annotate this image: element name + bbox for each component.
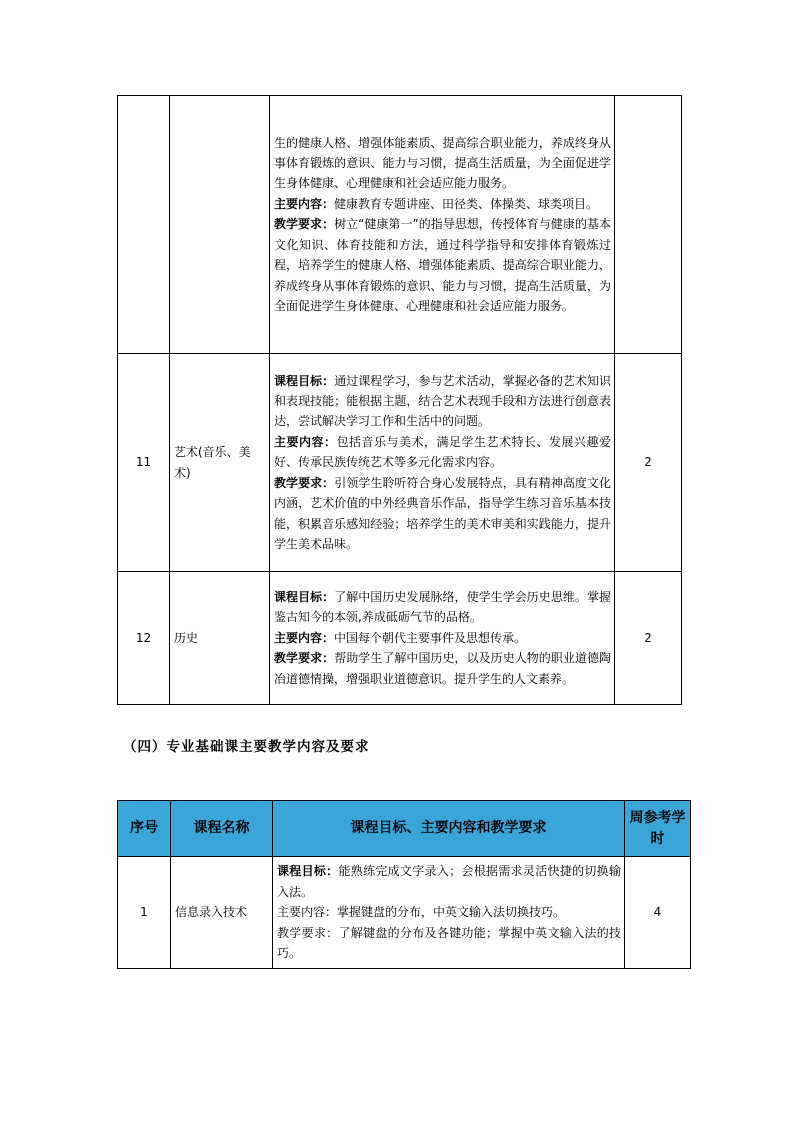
- table-row: 1 信息录入技术 课程目标：能熟练完成文字录入；会根据需求灵活快捷的切换输入法。…: [118, 857, 691, 969]
- description-paragraph: 主要内容：包括音乐与美术，满足学生艺术特长、发展兴趣爱好、传承民族传统艺术等多元…: [274, 432, 611, 473]
- weekly-hours: 2: [615, 354, 682, 572]
- header-number: 序号: [118, 801, 171, 857]
- content-label: 主要内容：: [274, 197, 334, 211]
- course-number: 11: [118, 354, 170, 572]
- course-name: [170, 96, 270, 354]
- description-paragraph: 教学要求：帮助学生了解中国历史，以及历史人物的职业道德陶冶道德情操，增强职业道德…: [274, 648, 611, 689]
- goal-label: 课程目标：: [274, 590, 334, 604]
- goal-label: 课程目标：: [274, 374, 334, 388]
- description-paragraph: 主要内容：健康教育专题讲座、田径类、体操类、球类项目。: [274, 194, 611, 214]
- course-name: 信息录入技术: [171, 857, 273, 969]
- content-label: 主要内容：: [274, 631, 334, 645]
- table-row: 11 艺术(音乐、美术) 课程目标：通过课程学习，参与艺术活动，掌握必备的艺术知…: [118, 354, 682, 572]
- course-name: 艺术(音乐、美术): [170, 354, 270, 572]
- table-row: 12 历史 课程目标：了解中国历史发展脉络，使学生学会历史思维。掌握鉴古知今的本…: [118, 572, 682, 705]
- header-course-name: 课程名称: [171, 801, 273, 857]
- description-paragraph: 课程目标：通过课程学习，参与艺术活动，掌握必备的艺术知识和表现技能；能根据主题，…: [274, 371, 611, 432]
- description-paragraph: 课程目标：了解中国历史发展脉络，使学生学会历史思维。掌握鉴古知今的本领,养成砥砺…: [274, 587, 611, 628]
- course-description: 生的健康人格、增强体能素质、提高综合职业能力，养成终身从事体育锻炼的意识、能力与…: [270, 96, 615, 354]
- description-paragraph: 主要内容：掌握键盘的分布，中英文输入法切换技巧。: [277, 902, 621, 922]
- description-paragraph: 教学要求：引领学生聆听符合身心发展特点，具有精神高度文化内涵，艺术价值的中外经典…: [274, 473, 611, 555]
- description-paragraph: 主要内容：中国每个朝代主要事件及思想传承。: [274, 628, 611, 648]
- course-table-general: 生的健康人格、增强体能素质、提高综合职业能力，养成终身从事体育锻炼的意识、能力与…: [117, 95, 682, 705]
- course-number: 12: [118, 572, 170, 705]
- course-description: 课程目标：能熟练完成文字录入；会根据需求灵活快捷的切换输入法。 主要内容：掌握键…: [273, 857, 625, 969]
- course-name: 历史: [170, 572, 270, 705]
- weekly-hours: 2: [615, 572, 682, 705]
- course-description: 课程目标：了解中国历史发展脉络，使学生学会历史思维。掌握鉴古知今的本领,养成砥砺…: [270, 572, 615, 705]
- header-description: 课程目标、主要内容和教学要求: [273, 801, 625, 857]
- requirement-label: 教学要求：: [274, 476, 334, 490]
- description-paragraph: 教学要求：树立“健康第一”的指导思想，传授体育与健康的基本文化知识、体育技能和方…: [274, 214, 611, 316]
- content-label: 主要内容：: [274, 435, 337, 449]
- description-paragraph: 课程目标：能熟练完成文字录入；会根据需求灵活快捷的切换输入法。: [277, 861, 621, 902]
- course-description: 课程目标：通过课程学习，参与艺术活动，掌握必备的艺术知识和表现技能；能根据主题，…: [270, 354, 615, 572]
- goal-label: 课程目标：: [277, 864, 338, 878]
- description-paragraph: 教学要求：了解键盘的分布及各键功能；掌握中英文输入法的技巧。: [277, 923, 621, 964]
- weekly-hours: 4: [625, 857, 691, 969]
- section-heading: （四）专业基础课主要教学内容及要求: [123, 735, 370, 755]
- weekly-hours: [615, 96, 682, 354]
- course-table-professional-basics: 序号 课程名称 课程目标、主要内容和教学要求 周参考学时 1 信息录入技术 课程…: [117, 800, 691, 969]
- table-header-row: 序号 课程名称 课程目标、主要内容和教学要求 周参考学时: [118, 801, 691, 857]
- requirement-label: 教学要求：: [274, 217, 334, 231]
- course-number: [118, 96, 170, 354]
- header-weekly-hours: 周参考学时: [625, 801, 691, 857]
- requirement-label: 教学要求：: [274, 651, 334, 665]
- course-number: 1: [118, 857, 171, 969]
- description-paragraph: 生的健康人格、增强体能素质、提高综合职业能力，养成终身从事体育锻炼的意识、能力与…: [274, 133, 611, 194]
- table-row: 生的健康人格、增强体能素质、提高综合职业能力，养成终身从事体育锻炼的意识、能力与…: [118, 96, 682, 354]
